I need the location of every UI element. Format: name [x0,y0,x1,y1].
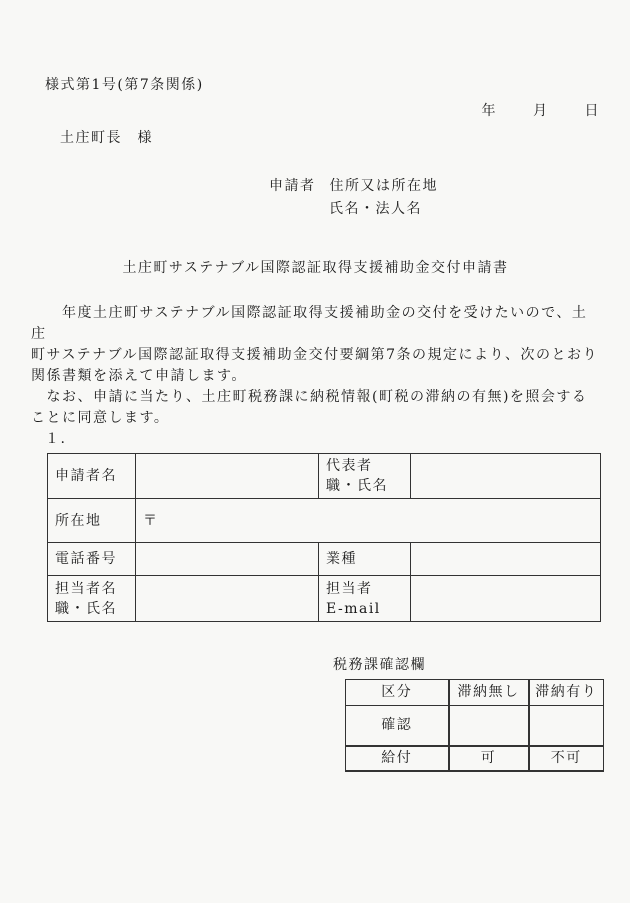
contact-email-input[interactable] [411,576,601,622]
table-row: 所在地 〒 [48,499,601,543]
date-line: 年月日 [31,101,600,122]
tax-confirm-no-arrears-cell[interactable] [449,706,529,746]
applicant-address-label: 住所又は所在地 [330,178,439,194]
tax-confirmation-section: 税務課確認欄 区分 滞納無し 滞納有り 確認 給付 可 不可 [31,655,600,772]
tax-col-category: 区分 [346,680,449,706]
table-row: 電話番号 業種 [48,543,601,576]
phone-label-cell: 電話番号 [48,543,136,576]
table-row: 確認 [346,706,604,746]
date-month-label: 月 [533,103,549,119]
tax-confirmation-table: 区分 滞納無し 滞納有り 確認 給付 可 不可 [345,679,604,772]
applicant-name-label: 氏名・法人名 [329,198,600,221]
tax-confirm-arrears-cell[interactable] [529,706,604,746]
industry-label-cell: 業種 [319,543,411,576]
applicant-block: 申請者住所又は所在地 氏名・法人名 [269,175,600,221]
tax-grant-allowed-cell: 可 [449,746,529,771]
postal-mark: 〒 [143,513,159,529]
contact-email-label-cell: 担当者 E-mail [319,576,411,622]
body-text: 年度土庄町サステナブル国際認証取得支援補助金の交付を受けたいので、土庄 町サステ… [31,303,600,450]
table-row: 申請者名 代表者 職・氏名 [48,454,601,499]
table-row: 給付 可 不可 [346,746,604,771]
applicant-name-input[interactable] [136,454,319,499]
document-title: 土庄町サステナブル国際認証取得支援補助金交付申請書 [31,258,600,279]
applicant-info-table: 申請者名 代表者 職・氏名 所在地 〒 電話番号 業種 担当者名 職・氏名 担当… [47,453,601,622]
tax-col-arrears: 滞納有り [529,680,604,706]
tax-col-no-arrears: 滞納無し [449,680,529,706]
applicant-label: 申請者 [269,178,316,194]
address-label-cell: 所在地 [48,499,136,543]
paragraph-request: 年度土庄町サステナブル国際認証取得支援補助金の交付を受けたいので、土庄 町サステ… [31,303,600,387]
tax-grant-denied-cell: 不可 [529,746,604,771]
representative-label-cell: 代表者 職・氏名 [319,454,411,499]
section-number: １. [45,429,600,450]
phone-input[interactable] [136,543,319,576]
contact-name-input[interactable] [136,576,319,622]
applicant-name-label-cell: 申請者名 [48,454,136,499]
contact-name-label-cell: 担当者名 職・氏名 [48,576,136,622]
date-day-label: 日 [585,103,601,119]
applicant-line1: 申請者住所又は所在地 [269,175,600,198]
address-input[interactable]: 〒 [136,499,601,543]
addressee: 土庄町長 様 [60,128,600,149]
tax-row-grant-label: 給付 [346,746,449,771]
table-row: 区分 滞納無し 滞納有り [346,680,604,706]
tax-row-confirm-label: 確認 [346,706,449,746]
representative-input[interactable] [411,454,601,499]
tax-section-caption: 税務課確認欄 [333,655,600,676]
form-number: 様式第1号(第7条関係) [45,75,600,96]
paragraph-consent: なお、申請に当たり、土庄町税務課に納税情報(町税の滞納の有無)を照会する ことに… [31,387,600,429]
date-year-label: 年 [482,103,498,119]
industry-input[interactable] [411,543,601,576]
application-form-page: 様式第1号(第7条関係) 年月日 土庄町長 様 申請者住所又は所在地 氏名・法人… [0,0,630,903]
table-row: 担当者名 職・氏名 担当者 E-mail [48,576,601,622]
